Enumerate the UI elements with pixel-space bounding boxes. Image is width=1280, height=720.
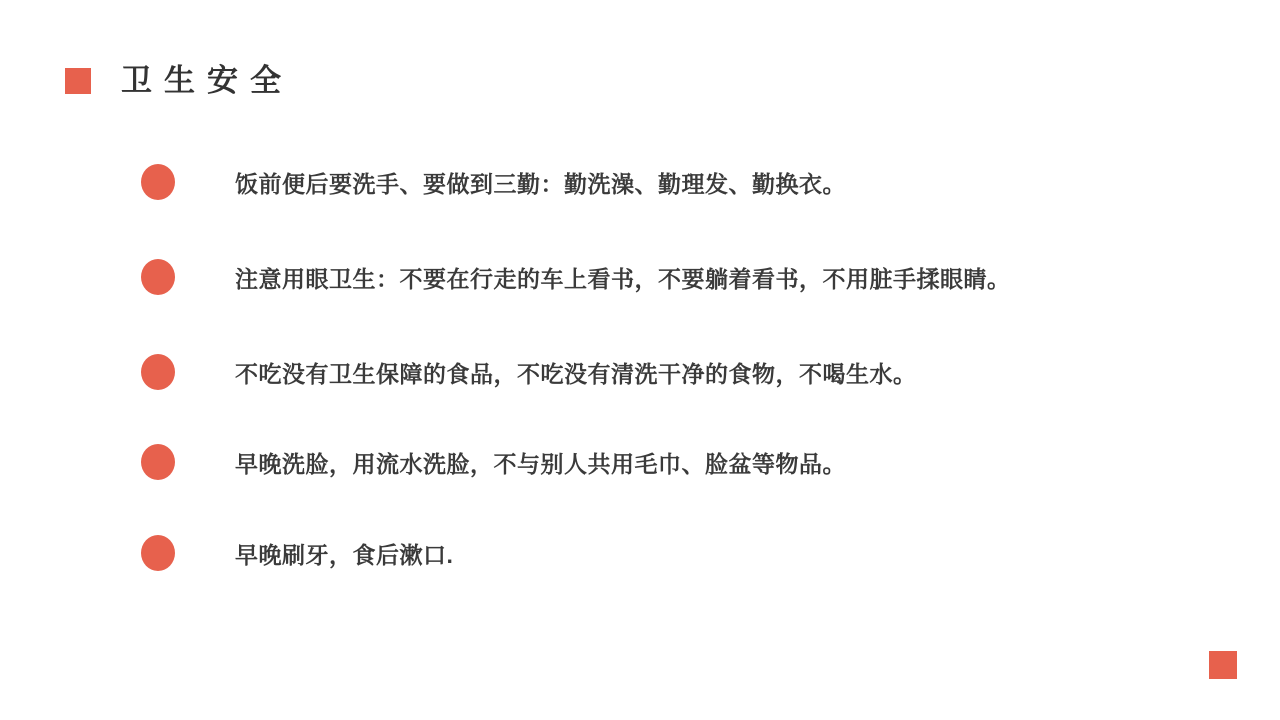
bullet-row: 早晚刷牙，食后漱口. [141, 533, 453, 573]
bullet-circle-icon [141, 259, 175, 295]
bullet-circle-icon [141, 444, 175, 480]
bullet-circle-icon [141, 354, 175, 390]
slide-title-block: 卫生安全 [65, 55, 293, 100]
bullet-row: 早晚洗脸，用流水洗脸，不与别人共用毛巾、脸盆等物品。 [141, 442, 846, 482]
corner-accent-square-icon [1209, 651, 1237, 679]
slide-title: 卫生安全 [121, 55, 293, 100]
bullet-text: 早晚洗脸，用流水洗脸，不与别人共用毛巾、脸盆等物品。 [235, 446, 846, 479]
bullet-row: 饭前便后要洗手、要做到三勤：勤洗澡、勤理发、勤换衣。 [141, 162, 846, 202]
bullet-circle-icon [141, 535, 175, 571]
bullet-text: 饭前便后要洗手、要做到三勤：勤洗澡、勤理发、勤换衣。 [235, 166, 846, 199]
bullet-text: 不吃没有卫生保障的食品，不吃没有清洗干净的食物，不喝生水。 [235, 356, 917, 389]
presentation-slide: 卫生安全 饭前便后要洗手、要做到三勤：勤洗澡、勤理发、勤换衣。 注意用眼卫生：不… [0, 0, 1280, 720]
title-accent-square-icon [65, 68, 91, 94]
bullet-circle-icon [141, 164, 175, 200]
bullet-row: 注意用眼卫生：不要在行走的车上看书，不要躺着看书，不用脏手揉眼睛。 [141, 257, 1011, 297]
bullet-row: 不吃没有卫生保障的食品，不吃没有清洗干净的食物，不喝生水。 [141, 352, 917, 392]
bullet-text: 注意用眼卫生：不要在行走的车上看书，不要躺着看书，不用脏手揉眼睛。 [235, 261, 1011, 294]
bullet-text: 早晚刷牙，食后漱口. [235, 537, 453, 570]
